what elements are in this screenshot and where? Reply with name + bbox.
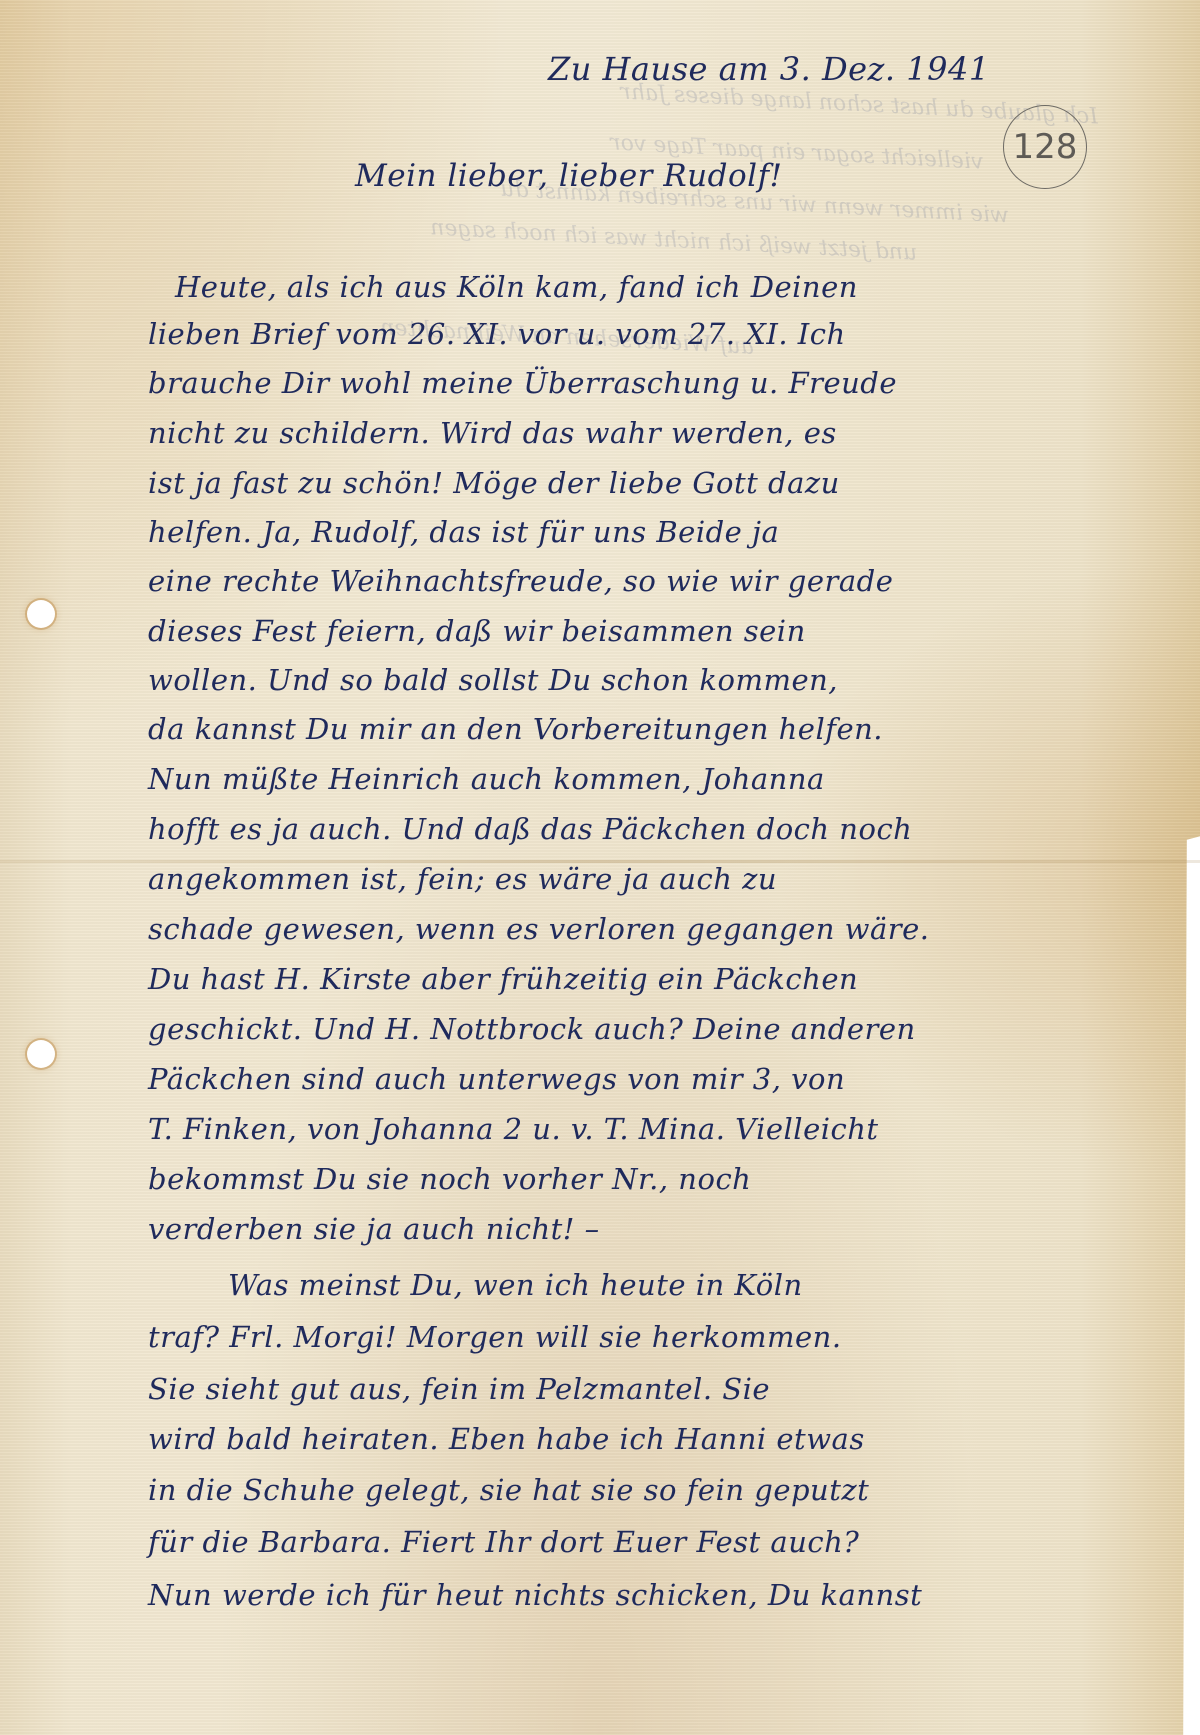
letter-line: Sie sieht gut aus, fein im Pelzmantel. S… <box>148 1372 770 1406</box>
letter-line: eine rechte Weihnachtsfreude, so wie wir… <box>148 564 893 598</box>
letter-line: verderben sie ja auch nicht! – <box>148 1212 600 1246</box>
letter-line: traf? Frl. Morgi! Morgen will sie herkom… <box>148 1320 842 1354</box>
letter-line: dieses Fest feiern, daß wir beisammen se… <box>148 614 806 648</box>
letter-line: brauche Dir wohl meine Überraschung u. F… <box>148 366 897 400</box>
letter-line: hofft es ja auch. Und daß das Päckchen d… <box>148 812 912 846</box>
binder-hole-lower <box>27 1040 55 1068</box>
letter-line: wollen. Und so bald sollst Du schon komm… <box>148 663 838 697</box>
letter-line: wird bald heiraten. Eben habe ich Hanni … <box>148 1422 865 1456</box>
letter-line: in die Schuhe gelegt, sie hat sie so fei… <box>148 1473 869 1507</box>
letter-line: für die Barbara. Fiert Ihr dort Euer Fes… <box>148 1525 859 1559</box>
archive-number-stamp: 128 <box>1003 105 1087 189</box>
salutation: Mein lieber, lieber Rudolf! <box>355 158 783 194</box>
letter-line: Nun werde ich für heut nichts schicken, … <box>148 1578 922 1612</box>
letter-line: Nun müßte Heinrich auch kommen, Johanna <box>148 762 825 796</box>
letter-line: T. Finken, von Johanna 2 u. v. T. Mina. … <box>148 1112 879 1146</box>
letter-line: Du hast H. Kirste aber frühzeitig ein Pä… <box>148 962 858 996</box>
letter-line: helfen. Ja, Rudolf, das ist für uns Beid… <box>148 515 779 549</box>
letter-line: geschickt. Und H. Nottbrock auch? Deine … <box>148 1012 916 1046</box>
letter-line: schade gewesen, wenn es verloren gegange… <box>148 912 930 946</box>
letter-line: Päckchen sind auch unterwegs von mir 3, … <box>148 1062 845 1096</box>
letter-line: da kannst Du mir an den Vorbereitungen h… <box>148 712 883 746</box>
letter-line: lieben Brief vom 26. XI. vor u. vom 27. … <box>148 317 846 351</box>
letter-line: Was meinst Du, wen ich heute in Köln <box>228 1268 803 1302</box>
letter-line: angekommen ist, fein; es wäre ja auch zu <box>148 862 777 896</box>
letter-line: nicht zu schildern. Wird das wahr werden… <box>148 416 837 450</box>
binder-hole-upper <box>27 600 55 628</box>
letter-line: Heute, als ich aus Köln kam, fand ich De… <box>175 270 858 304</box>
letter-line: bekommst Du sie noch vorher Nr., noch <box>148 1162 751 1196</box>
place-and-date: Zu Hause am 3. Dez. 1941 <box>548 50 990 88</box>
letter-line: ist ja fast zu schön! Möge der liebe Got… <box>148 466 840 500</box>
